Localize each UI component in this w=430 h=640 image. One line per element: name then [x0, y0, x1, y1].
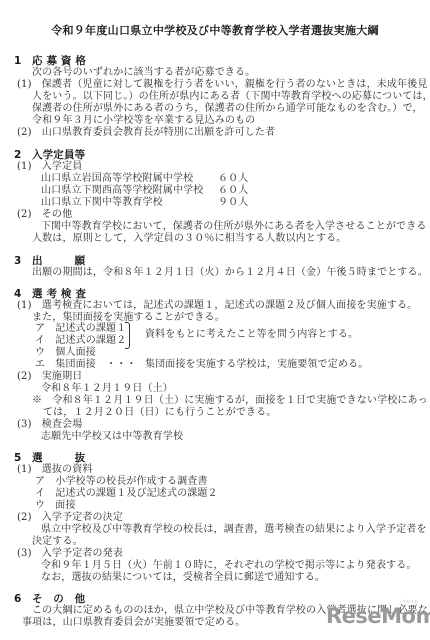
paragraph-line: 次の各号のいずれかに該当する者が応募できる。	[32, 67, 255, 79]
paragraph-line: 出願の期間は，令和８年１２月１日（火）から１２月４日（金）午後５時までとする。	[32, 267, 428, 279]
sub-item: イ 記述式の課題２	[35, 335, 126, 347]
sub-item: ア 記述式の課題１	[35, 323, 126, 335]
school-name: 山口県立下関中等教育学校	[41, 197, 163, 209]
list-item: (2) 入学予定者の決定	[17, 512, 123, 524]
paragraph-line: 保護者の住所が県外にある者のうち，保護者の住所から通学可能なものを含む。）で，	[32, 103, 423, 115]
section-heading: 出 願	[32, 255, 85, 267]
list-item: (1) 選考検査においては，記述式の課題１，記述式の課題２及び個人面接を実施する…	[17, 300, 417, 312]
paragraph-line: なお，選抜の結果については，受検者全員に郵送で通知する。	[41, 572, 325, 584]
list-item: (3) 入学予定者の発表	[17, 548, 123, 560]
list-item: (1) 選抜の資料	[17, 464, 93, 476]
paragraph-line: 人数は，原則として，入学定員の３０％に相当する人数以内とする。	[32, 233, 346, 245]
list-item: (1) 入学定員	[17, 161, 82, 173]
paragraph-line: 令和９年１月５日（火）午前１０時に，それぞれの学校で掲示等により発表する。	[41, 560, 417, 572]
sub-item: ウ 面接	[35, 500, 76, 512]
group-interview-note: 集団面接を実施する学校は，実施要領で定める。	[145, 359, 368, 371]
capacity-count: ９０人	[218, 197, 248, 209]
section-heading: 選 抜	[32, 452, 85, 464]
paragraph-line: 事項は，山口県教育委員会が実施要領で定める。	[22, 617, 245, 629]
list-item: (1) 保護者（児童に対して親権を行う者をいい，親権を行う者のないときは，未成年…	[17, 79, 427, 91]
section-number: 4	[14, 288, 21, 300]
paragraph-line: 決定する。	[32, 536, 83, 548]
sub-item: イ 記述式の課題１及び記述式の課題２	[35, 488, 218, 500]
list-item: (2) その他	[17, 209, 72, 221]
capacity-count: ６０人	[218, 185, 248, 197]
section-number: 5	[14, 452, 21, 464]
bracket-note: 資料をもとに考えたこと等を問う内容とする。	[145, 329, 358, 341]
note-line: ※ 令和８年１２月１９日（土）に実施するが，面接を１日で実施できない学校にあっ	[32, 395, 428, 407]
paragraph-line: 下関中等教育学校において，保護者の住所が県外にある者を入学させることができる	[41, 221, 427, 233]
paragraph-line: 人をいう。以下同じ。）の住所が県内にある者（下関中等教育学校への応募については，	[32, 91, 430, 103]
note-line: ては，１２月２０日（日）にも行うことができる。	[43, 407, 276, 419]
section-number: 6	[14, 593, 21, 605]
section-heading: 応 募 資 格	[32, 55, 86, 67]
list-item: (2) 実施期日	[17, 371, 82, 383]
section-number: 3	[14, 255, 21, 267]
section-heading: 入学定員等	[32, 149, 85, 161]
list-item: (3) 検査会場	[17, 419, 82, 431]
section-heading: 選 考 検 査	[32, 288, 86, 300]
paragraph-line: 志願先中学校又は中等教育学校	[41, 431, 183, 443]
document-title: 令和９年度山口県立中学校及び中等教育学校入学者選抜実施大綱	[0, 22, 430, 38]
section-number: 1	[14, 55, 21, 67]
school-name: 山口県立岩国高等学校附属中学校	[41, 173, 193, 185]
section-number: 2	[14, 149, 21, 161]
paragraph-line: 令和９年３月に小学校等を卒業する見込みのもの	[32, 115, 255, 127]
list-item: (2) 山口県教育委員会教育長が特別に出願を許可した者	[17, 127, 275, 139]
brace-bracket	[125, 322, 130, 349]
paragraph-line: 県立中学校及び中等教育学校の校長は，調査書，選考検査の結果により入学予定者を	[41, 524, 427, 536]
sub-item: ア 小学校等の校長が作成する調査書	[35, 476, 208, 488]
paragraph-line: 令和８年１２月１９日（土）	[41, 383, 173, 395]
resemom-watermark-logo: ReseMom.	[326, 604, 430, 628]
sub-item: エ 集団面接 ・・・	[35, 359, 137, 371]
section-heading: そ の 他	[32, 593, 85, 605]
school-name: 山口県立下関西高等学校附属中学校	[41, 185, 203, 197]
capacity-count: ６０人	[218, 173, 248, 185]
sub-item: ウ 個人面接	[35, 347, 96, 359]
